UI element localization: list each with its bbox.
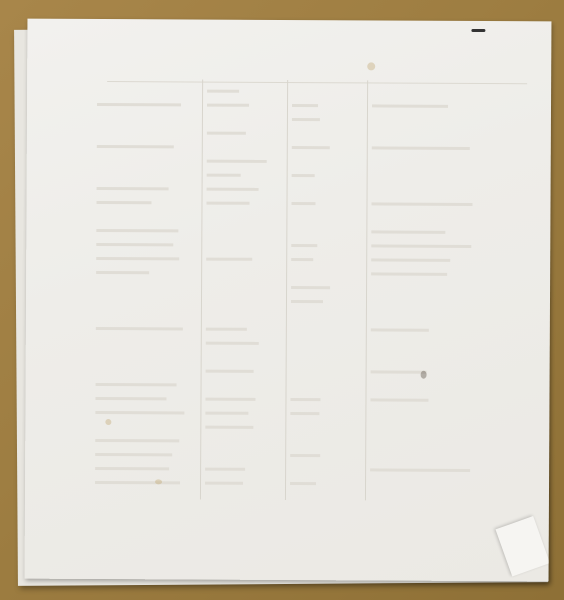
- faded-text-line: [371, 230, 445, 233]
- faded-text-line: [95, 397, 166, 400]
- faded-text-line: [290, 412, 319, 415]
- faded-text-line: [207, 174, 241, 177]
- column-divider: [365, 80, 368, 500]
- faded-text-line: [371, 328, 429, 331]
- faded-text-line: [206, 342, 259, 345]
- faded-text-line: [291, 244, 317, 247]
- faded-text-line: [206, 202, 249, 205]
- faded-text-line: [207, 104, 249, 107]
- faded-text-line: [205, 468, 245, 471]
- faded-text-line: [206, 258, 252, 261]
- faded-text-line: [370, 398, 428, 401]
- faded-table-rows: [27, 19, 551, 22]
- faded-text-line: [371, 244, 471, 248]
- faded-text-line: [205, 398, 255, 401]
- faded-text-line: [292, 118, 320, 121]
- staple: [471, 29, 485, 32]
- column-divider: [285, 80, 288, 500]
- faded-text-line: [207, 160, 267, 163]
- stain: [155, 479, 162, 484]
- faded-text-line: [371, 202, 472, 206]
- faded-text-line: [96, 271, 149, 274]
- faded-text-line: [205, 482, 243, 485]
- faded-text-line: [96, 257, 179, 260]
- faded-text-line: [292, 146, 330, 149]
- faded-text-line: [372, 104, 448, 107]
- faded-text-line: [96, 229, 178, 232]
- faded-text-line: [291, 300, 323, 303]
- faded-text-line: [96, 383, 177, 386]
- faded-text-line: [95, 481, 180, 484]
- faded-text-line: [207, 188, 259, 191]
- faded-text-line: [206, 370, 254, 373]
- faded-text-line: [371, 272, 447, 275]
- document-page: [25, 19, 552, 582]
- faded-text-line: [292, 104, 318, 107]
- faded-text-line: [370, 468, 470, 472]
- faded-text-line: [206, 328, 247, 331]
- faded-text-line: [207, 90, 239, 93]
- faded-text-line: [95, 411, 184, 414]
- faded-text-line: [207, 132, 246, 135]
- faded-text-line: [290, 454, 320, 457]
- stain: [367, 62, 375, 70]
- faded-text-line: [291, 258, 313, 261]
- faded-text-line: [290, 482, 316, 485]
- column-divider: [200, 80, 203, 500]
- faded-text-line: [96, 243, 173, 246]
- faded-text-line: [290, 398, 320, 401]
- stain: [105, 419, 111, 425]
- faded-text-line: [96, 327, 183, 330]
- header-rule: [107, 81, 527, 84]
- faded-text-line: [97, 145, 174, 148]
- faded-text-line: [292, 174, 315, 177]
- folded-corner: [495, 516, 550, 577]
- faded-text-line: [205, 412, 248, 415]
- faded-text-line: [95, 439, 179, 442]
- faded-text-line: [205, 426, 253, 429]
- faded-text-line: [95, 467, 169, 470]
- faded-text-line: [95, 453, 172, 456]
- faded-text-line: [372, 146, 470, 150]
- faded-text-line: [371, 258, 450, 261]
- faded-text-line: [291, 202, 315, 205]
- faded-text-line: [97, 187, 169, 190]
- faded-text-line: [291, 286, 330, 289]
- faded-text-line: [97, 103, 181, 106]
- faded-text-line: [97, 201, 152, 204]
- stain: [421, 371, 427, 379]
- faded-text-line: [371, 370, 427, 373]
